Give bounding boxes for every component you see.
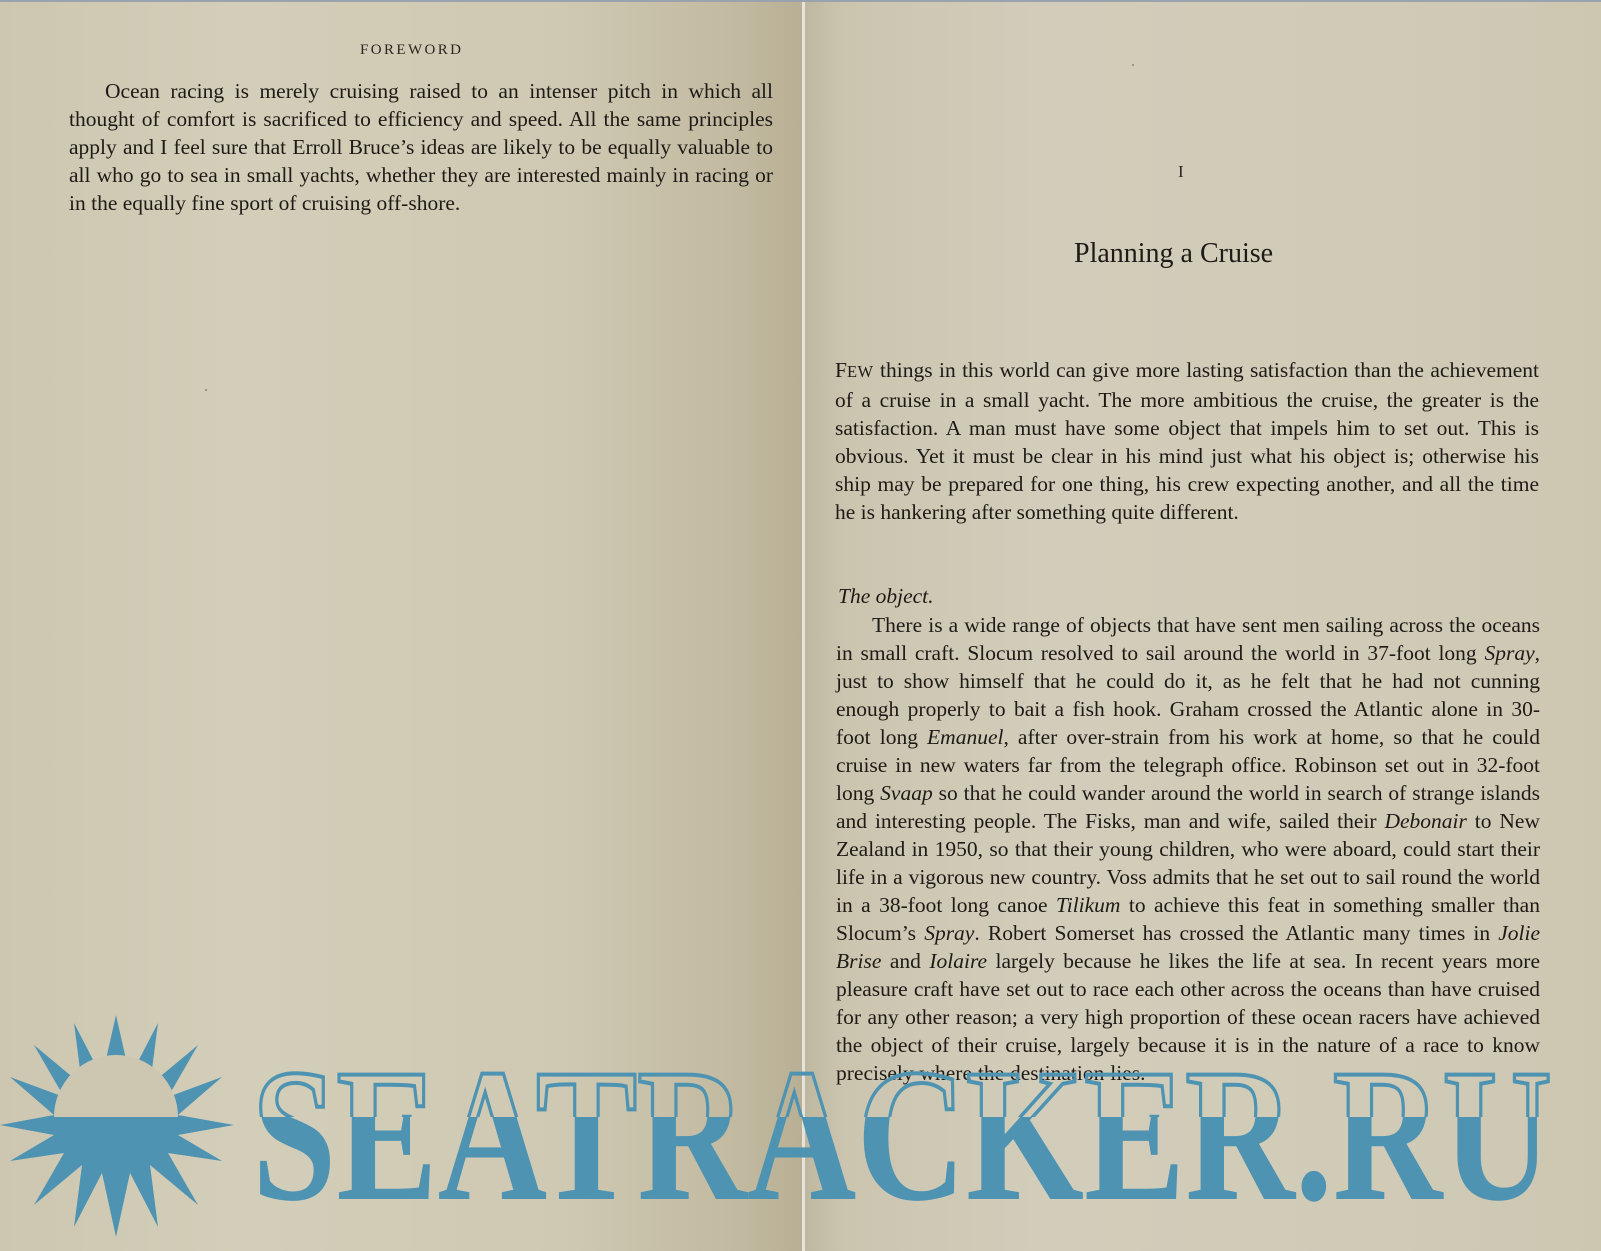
ship-name: Iolaire <box>929 949 987 973</box>
dropcap-first: F <box>835 358 847 382</box>
ship-name: Tilikum <box>1056 893 1121 917</box>
ship-name: Emanuel <box>927 725 1003 749</box>
running-head: FOREWORD <box>360 42 463 59</box>
section-body-paragraph: There is a wide range of objects that ha… <box>836 611 1540 1087</box>
ship-name: Svaap <box>880 781 933 805</box>
ship-name: Debonair <box>1384 809 1466 833</box>
body-text: . Robert Somerset has crossed the Atlant… <box>974 921 1498 945</box>
body-text: and <box>881 949 929 973</box>
chapter-title: Planning a Cruise <box>1074 238 1273 270</box>
intro-paragraph: FEW things in this world can give more l… <box>835 356 1539 526</box>
intro-text: things in this world can give more lasti… <box>835 358 1539 524</box>
chapter-number: I <box>1178 162 1184 182</box>
scan-speck <box>205 389 207 391</box>
ship-name: Spray <box>924 921 974 945</box>
left-page: FOREWORD Ocean racing is merely cruising… <box>0 2 802 1251</box>
foreword-paragraph: Ocean racing is merely cruising raised t… <box>69 77 773 217</box>
body-text: There is a wide range of objects that ha… <box>836 613 1540 665</box>
scan-speck <box>1132 64 1134 66</box>
dropcap-smallcaps: EW <box>847 362 874 381</box>
ship-name: Spray <box>1484 641 1534 665</box>
section-heading: The object. <box>838 584 934 609</box>
